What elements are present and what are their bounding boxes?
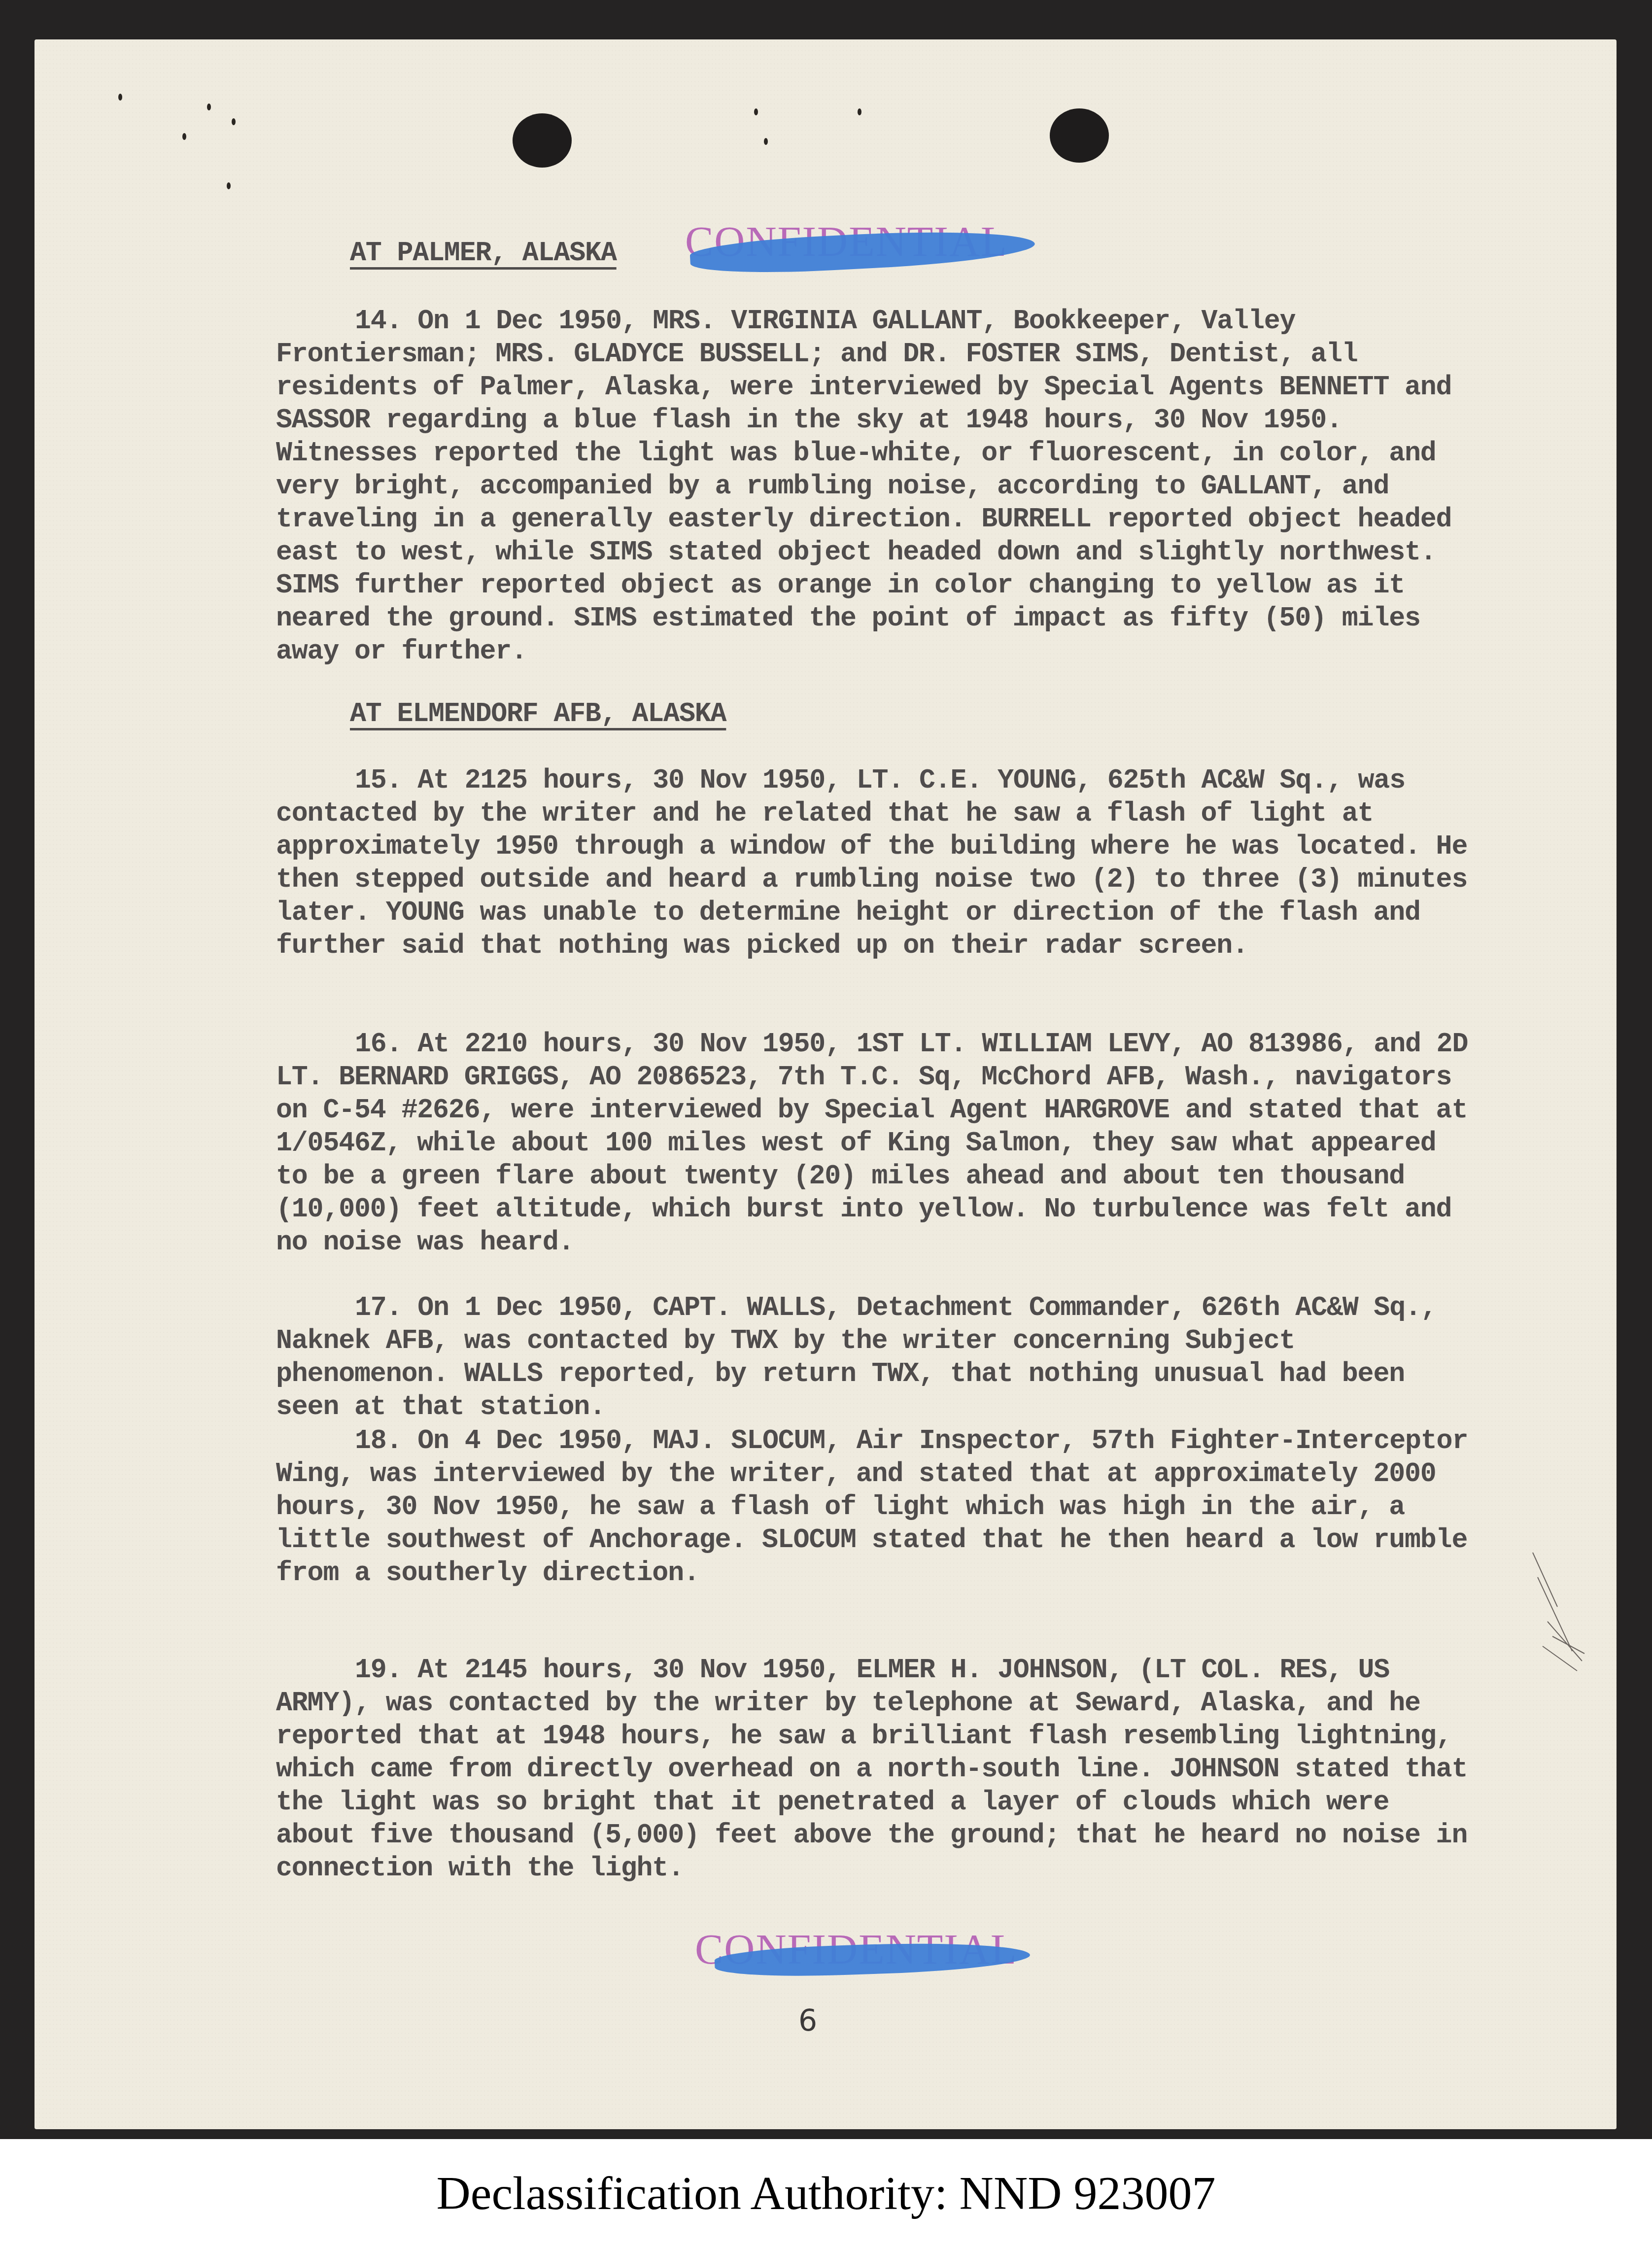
paragraph-14: 14. On 1 Dec 1950, MRS. VIRGINIA GALLANT… xyxy=(276,305,1479,668)
paper-speck xyxy=(207,104,211,110)
paper-speck xyxy=(118,94,122,101)
paragraph-text: At 2210 hours, 30 Nov 1950, 1ST LT. WILL… xyxy=(276,1029,1468,1258)
paper-speck xyxy=(754,108,758,115)
paragraph-17: 17. On 1 Dec 1950, CAPT. WALLS, Detachme… xyxy=(276,1291,1479,1423)
declassification-authority: Declassification Authority: NND 923007 xyxy=(436,2166,1215,2220)
paragraph-text: At 2125 hours, 30 Nov 1950, LT. C.E. YOU… xyxy=(276,765,1467,961)
paragraph-number: 15. xyxy=(355,765,402,796)
pencil-scribble xyxy=(1528,1548,1587,1676)
paragraph-number: 16. xyxy=(355,1029,402,1060)
paragraph-number: 17. xyxy=(355,1292,402,1323)
punch-hole-right xyxy=(1050,108,1109,163)
page-number: 6 xyxy=(798,2004,817,2038)
paragraph-text: On 1 Dec 1950, CAPT. WALLS, Detachment C… xyxy=(276,1292,1437,1422)
paper-speck xyxy=(764,138,768,145)
paragraph-text: On 4 Dec 1950, MAJ. SLOCUM, Air Inspecto… xyxy=(276,1425,1468,1589)
paper-speck xyxy=(858,108,861,115)
paragraph-16: 16. At 2210 hours, 30 Nov 1950, 1ST LT. … xyxy=(276,1028,1479,1259)
paragraph-text: On 1 Dec 1950, MRS. VIRGINIA GALLANT, Bo… xyxy=(276,306,1451,667)
paper-speck xyxy=(232,118,236,125)
paragraph-15: 15. At 2125 hours, 30 Nov 1950, LT. C.E.… xyxy=(276,764,1479,962)
punch-hole-left xyxy=(513,113,572,168)
paper-speck xyxy=(227,182,231,189)
paragraph-number: 19. xyxy=(355,1655,402,1686)
declassification-footer: Declassification Authority: NND 923007 xyxy=(0,2139,1652,2247)
paragraph-text: At 2145 hours, 30 Nov 1950, ELMER H. JOH… xyxy=(276,1655,1467,1884)
paragraph-number: 14. xyxy=(355,306,402,337)
paragraph-number: 18. xyxy=(355,1425,402,1456)
paper-speck xyxy=(182,133,186,140)
paragraph-19: 19. At 2145 hours, 30 Nov 1950, ELMER H.… xyxy=(276,1654,1479,1885)
paragraph-18: 18. On 4 Dec 1950, MAJ. SLOCUM, Air Insp… xyxy=(276,1424,1479,1590)
section-heading-palmer: AT PALMER, ALASKA xyxy=(350,237,617,270)
section-heading-elmendorf: AT ELMENDORF AFB, ALASKA xyxy=(350,697,726,730)
